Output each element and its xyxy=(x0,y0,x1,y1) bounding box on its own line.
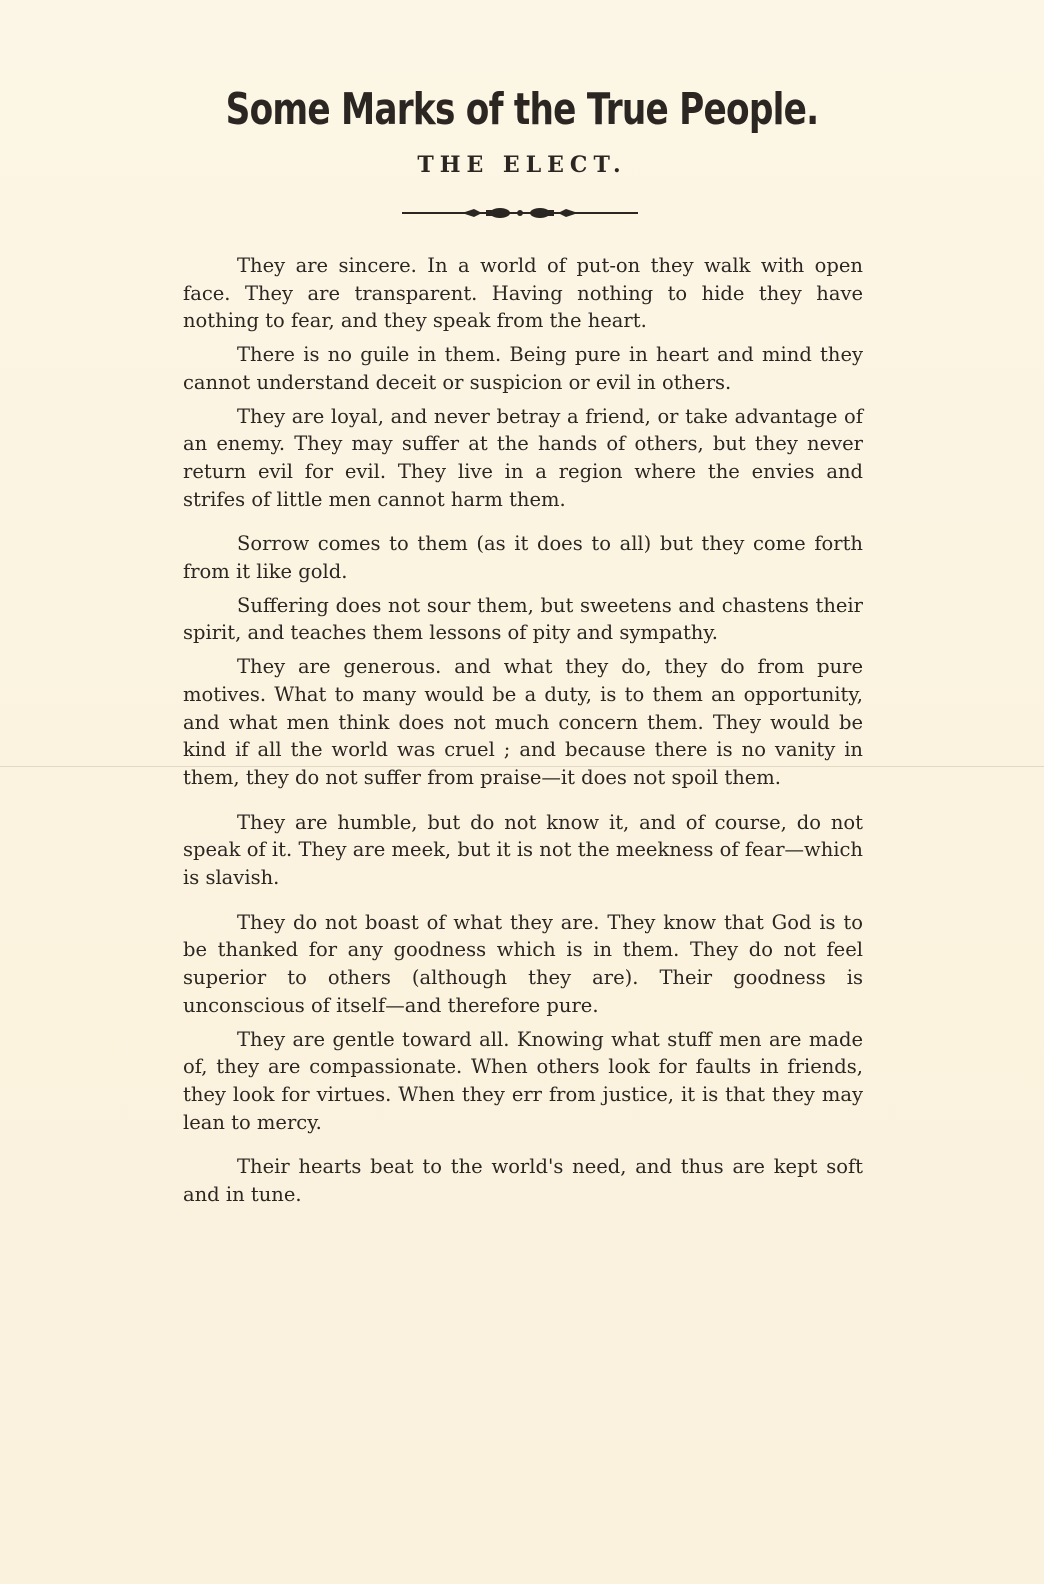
paragraph-generous: They are generous. and what they do, the… xyxy=(183,653,863,792)
paragraph-no-guile: There is no guile in them. Being pure in… xyxy=(183,341,863,396)
document-title: Some Marks of the True People. xyxy=(115,82,929,138)
paragraph-sincere: They are sincere. In a world of put-on t… xyxy=(183,252,863,335)
paragraph-gentle: They are gentle toward all. Knowing what… xyxy=(183,1026,863,1137)
document-page: Some Marks of the True People. THE ELECT… xyxy=(0,0,1044,1584)
paragraph-hearts: Their hearts beat to the world's need, a… xyxy=(183,1153,863,1208)
document-body: They are sincere. In a world of put-on t… xyxy=(183,252,863,1209)
paragraph-suffering: Suffering does not sour them, but sweete… xyxy=(183,592,863,647)
paragraph-no-boast: They do not boast of what they are. They… xyxy=(183,909,863,1020)
decorative-rule-ornament-icon xyxy=(402,206,638,220)
document-subtitle: THE ELECT. xyxy=(0,150,1044,180)
paragraph-humble: They are humble, but do not know it, and… xyxy=(183,809,863,892)
paragraph-sorrow: Sorrow comes to them (as it does to all)… xyxy=(183,530,863,585)
paragraph-loyal: They are loyal, and never betray a frien… xyxy=(183,403,863,514)
